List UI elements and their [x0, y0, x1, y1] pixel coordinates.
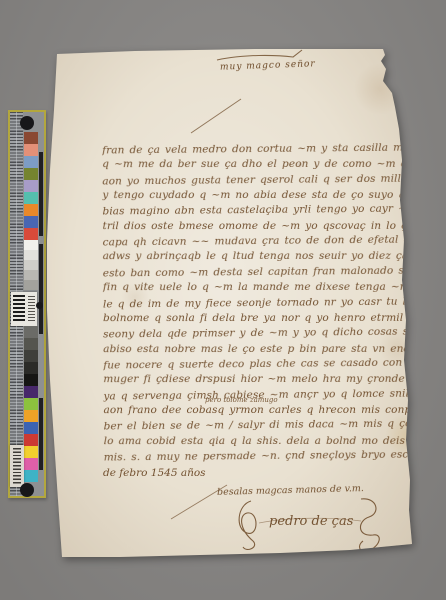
- grayscale-stack-dark: [24, 326, 38, 386]
- color-patch: [24, 240, 38, 250]
- color-patch: [24, 458, 38, 470]
- color-patch: [24, 362, 38, 374]
- manuscript-text-line: fin q vite uele lo q ~m la mande me dixe…: [103, 281, 411, 293]
- date-line: de febro 1545 años: [103, 467, 206, 479]
- photograph-stage: muy magco señor fran de ça vela medro do…: [0, 0, 446, 600]
- color-patch: [24, 204, 38, 216]
- color-patch: [24, 250, 38, 260]
- color-patch: [24, 446, 38, 458]
- color-patch: [24, 180, 38, 192]
- manuscript-text-line: abiso esta nobre mas le ço este p bin pa…: [103, 342, 411, 354]
- density-strip: [39, 398, 43, 470]
- manuscript-text-line: mis. s. a muy ne persmade ~n. çnd sneçlo…: [104, 449, 412, 464]
- side-label-text: [13, 448, 21, 484]
- barcode-label: [11, 292, 37, 326]
- manuscript-text-line: capa qh cicavn ~~ mudava çra tco de don …: [103, 234, 411, 249]
- manuscript-text-line: q ~m me da ber sue ça dho el peon y de c…: [102, 158, 410, 170]
- manuscript-text-line: bolnome q sonla fi dela bre ya nor q yo …: [103, 312, 411, 324]
- color-patch: [24, 132, 38, 144]
- closing-courtesy-line: besalas magcas manos de v.m.: [217, 483, 364, 498]
- manuscript-text-line: muger fi çdiese drspusi hior ~m melo hra…: [103, 373, 411, 385]
- color-patch: [24, 470, 38, 482]
- barcode-label-text: [28, 296, 35, 322]
- color-patch: [24, 410, 38, 422]
- registration-dot-icon: [36, 302, 43, 309]
- density-strip: [39, 152, 43, 236]
- manuscript-text-line: ber el bien se de ~m / salyr di mis daca…: [104, 418, 412, 433]
- color-patch: [24, 192, 38, 204]
- registration-dot-icon: [20, 116, 34, 130]
- side-id-label: [10, 445, 24, 487]
- color-patch: [24, 156, 38, 168]
- signature-rubric: pedro de ças: [233, 495, 389, 555]
- manuscript-text-line: adws y abrinçaqb le q ltud tenga nos seu…: [103, 250, 411, 262]
- paper-sheet: muy magco señor fran de ça vela medro do…: [45, 47, 415, 559]
- color-patch: [24, 144, 38, 156]
- color-patch-stack-top: [24, 132, 38, 240]
- color-patch: [24, 398, 38, 410]
- color-patch: [24, 270, 38, 280]
- color-patch: [24, 280, 38, 290]
- manuscript-text-line: aon frano dee cobasq yrmon carles q hrec…: [104, 404, 412, 416]
- manuscript-text-line: aon yo muchos gusta tener qserol cali q …: [102, 172, 410, 187]
- color-patch: [24, 260, 38, 270]
- signature-name: pedro de ças: [269, 514, 354, 529]
- color-patch: [24, 168, 38, 180]
- density-strip: [39, 244, 43, 334]
- manuscript-page: muy magco señor fran de ça vela medro do…: [45, 47, 415, 559]
- color-patch: [24, 386, 38, 398]
- color-patch: [24, 422, 38, 434]
- color-patch: [24, 338, 38, 350]
- manuscript-text-line: le q de im de my fiece seonje tornado nr…: [103, 295, 411, 310]
- header-invocation: muy magco señor: [220, 59, 316, 72]
- manuscript-text-line: tril dios oste bmese omome de ~m yo qsco…: [103, 220, 411, 232]
- color-patch: [24, 434, 38, 446]
- color-patch: [24, 374, 38, 386]
- color-calibration-ruler: [8, 110, 46, 498]
- color-patch: [24, 228, 38, 240]
- barcode-icon: [13, 295, 25, 323]
- manuscript-text-line: bias magino abn esta castelaçiba yrli te…: [102, 203, 410, 218]
- interlinear-insertion: pero tolome zamugo: [205, 396, 278, 404]
- registration-dot-icon: [20, 483, 34, 497]
- grayscale-stack-light: [24, 240, 38, 290]
- color-patch-stack-bottom: [24, 386, 38, 482]
- manuscript-text-line: lo ama cobid esta qia q la shis. dela a …: [104, 435, 412, 447]
- letter-body: fran de ça vela medro don cortua ~m y st…: [102, 142, 412, 484]
- manuscript-text-line: fran de ça vela medro don cortua ~m y st…: [102, 142, 410, 157]
- manuscript-text-line: esto ban como ~m desta sel capitan fran …: [103, 264, 411, 279]
- color-patch: [24, 326, 38, 338]
- color-patch: [24, 350, 38, 362]
- manuscript-text-line: fue nocere q suerte deco plas che cas se…: [103, 356, 411, 371]
- color-patch: [24, 216, 38, 228]
- manuscript-text-line: y tengo cuydado q ~m no abia dese sta de…: [102, 189, 410, 201]
- manuscript-text-line: seony dela qde primser y de ~m y yo q di…: [103, 326, 411, 341]
